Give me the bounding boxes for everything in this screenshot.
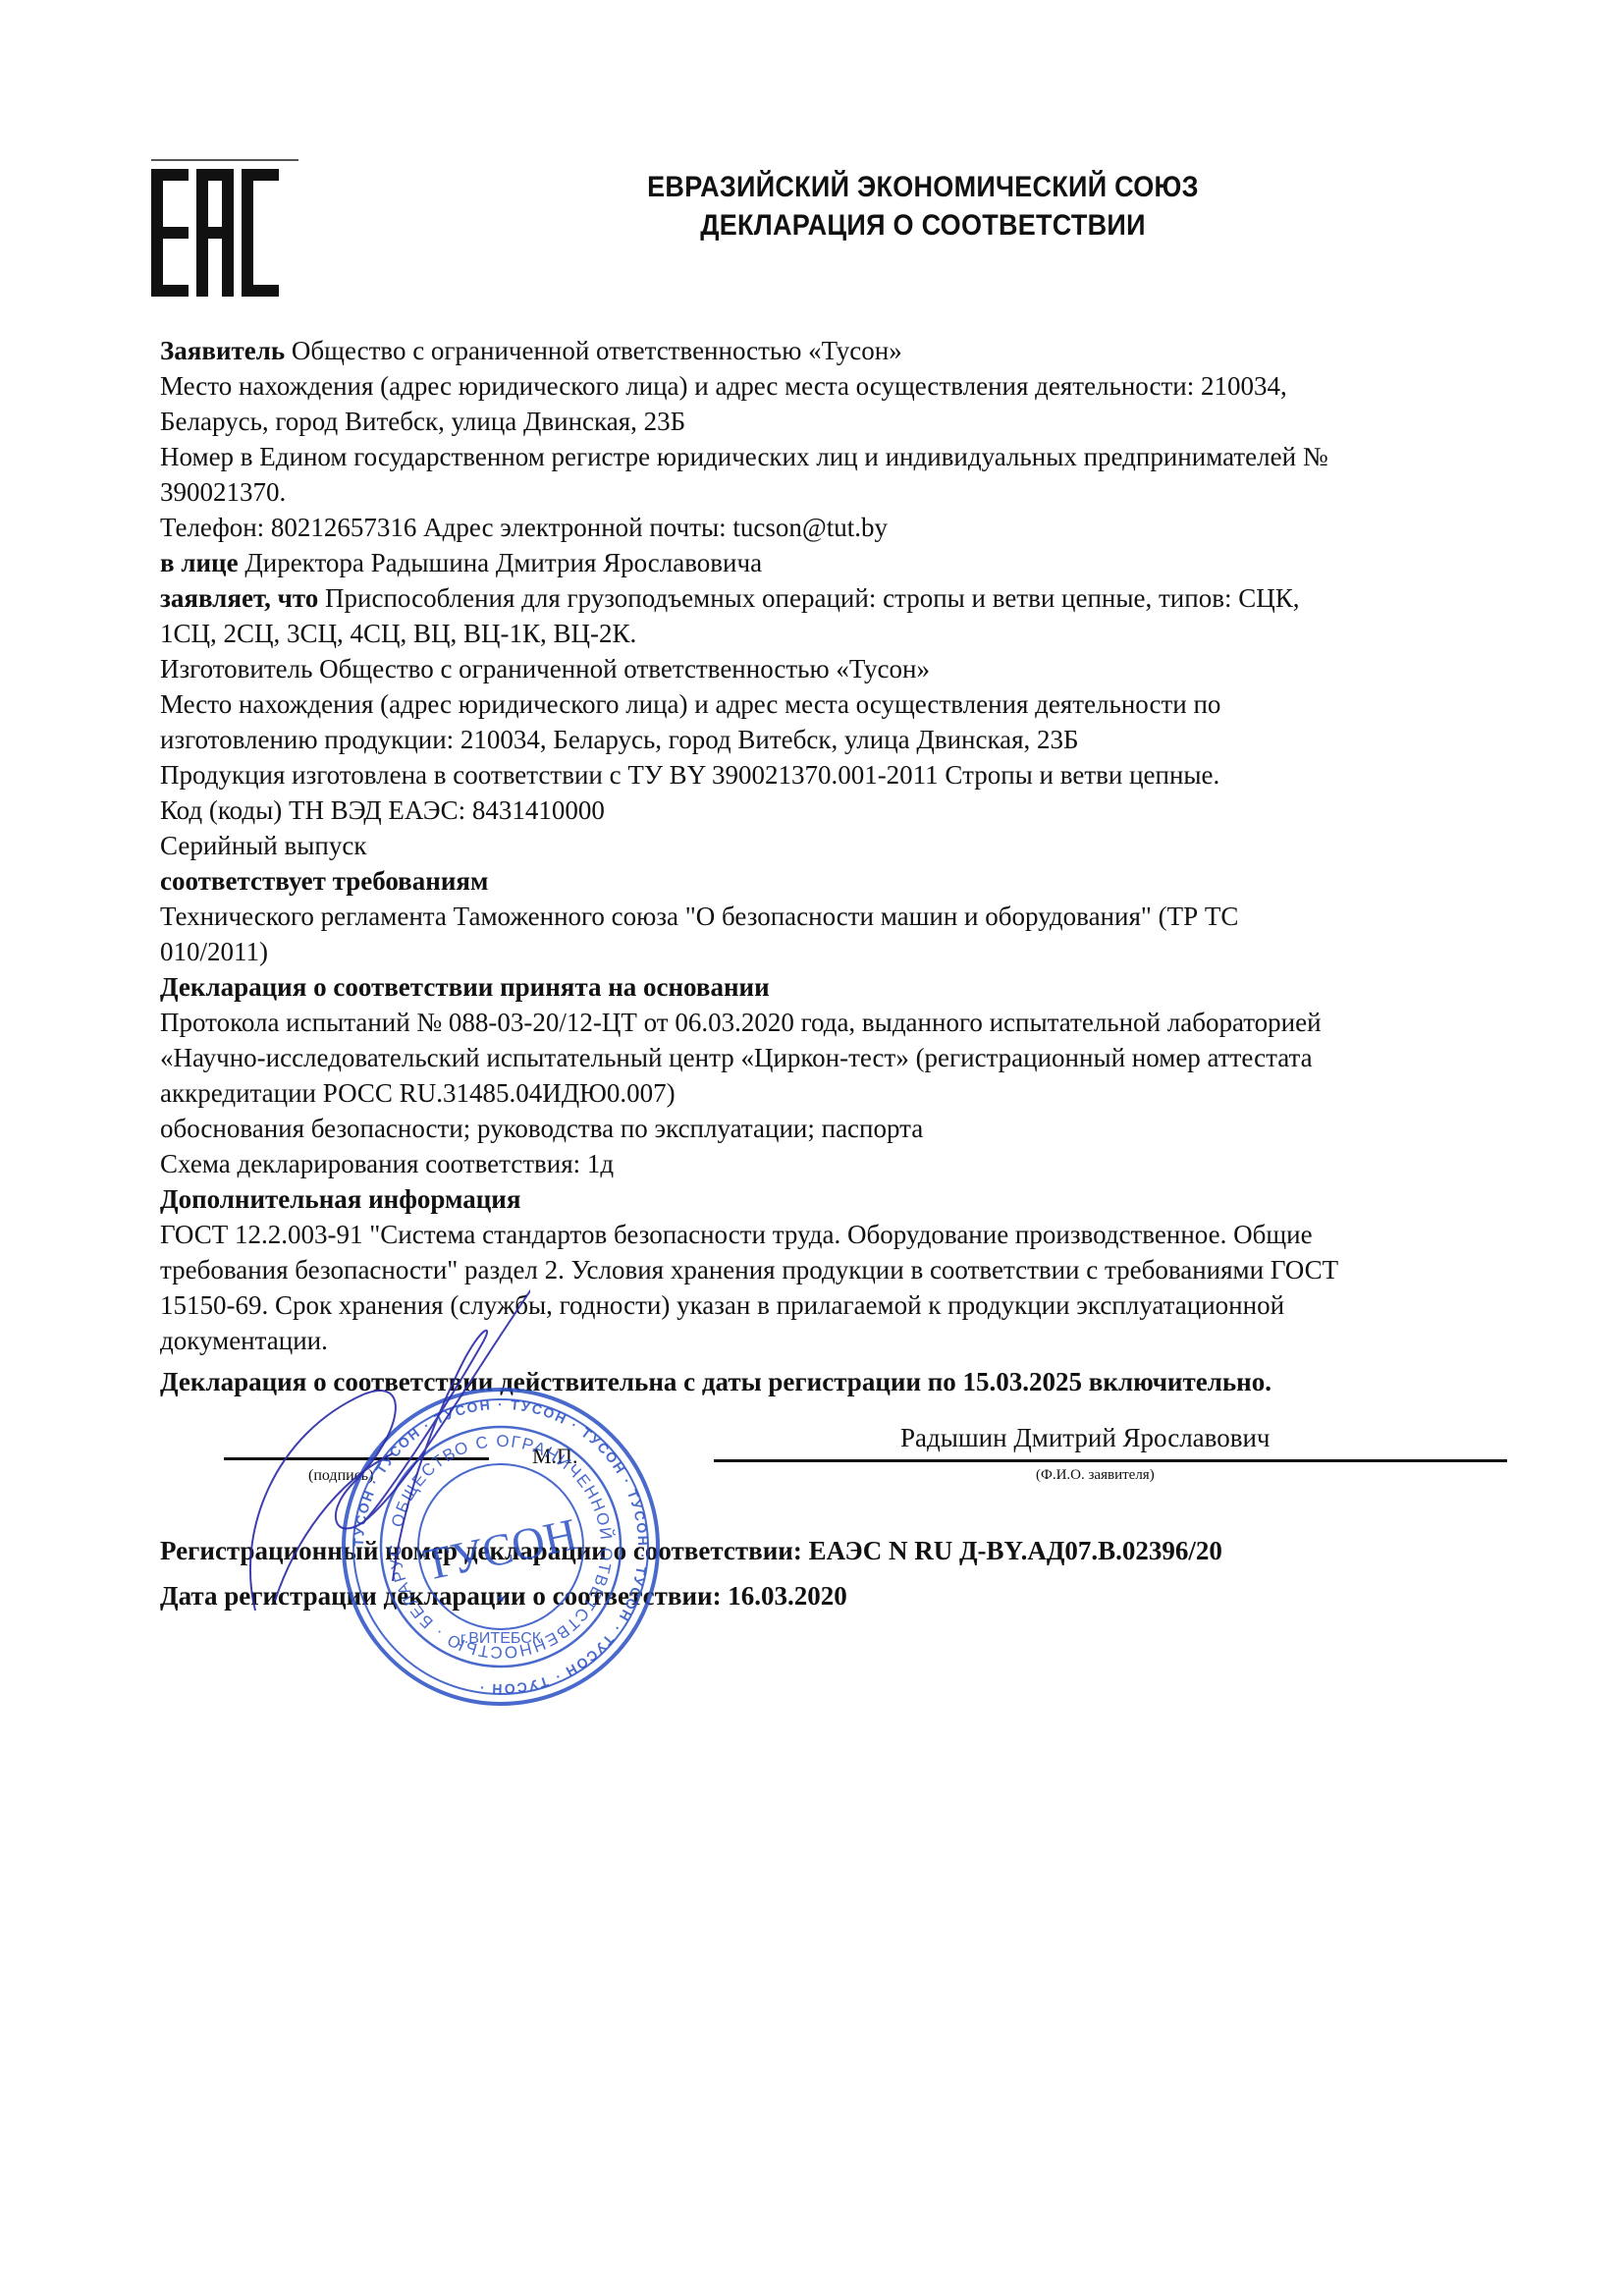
applicant-name: Общество с ограниченной ответственностью… [285, 336, 902, 365]
compliance-label: соответствует требованиям [160, 865, 488, 897]
declares-line-1: заявляет, что Приспособления для грузопо… [160, 582, 1299, 614]
release-type: Серийный выпуск [160, 830, 366, 861]
additional-line-1: ГОСТ 12.2.003-91 "Система стандартов без… [160, 1219, 1313, 1250]
signature-line [224, 1457, 489, 1460]
basis-line-3: аккредитации РОСС RU.31485.04ИДЮ0.007) [160, 1077, 676, 1109]
represented-line: в лице Директора Радышина Дмитрия Яросла… [160, 547, 762, 578]
contacts-line: Телефон: 80212657316 Адрес электронной п… [160, 512, 888, 543]
letter-c-icon [242, 169, 279, 297]
svg-text:г.ВИТЕБСК: г.ВИТЕБСК [460, 1630, 542, 1647]
applicant-line: Заявитель Общество с ограниченной ответс… [160, 335, 902, 366]
compliance-text-1: Технического регламента Таможенного союз… [160, 901, 1238, 932]
applicant-label: Заявитель [160, 336, 285, 365]
manufacturer-line: Изготовитель Общество с ограниченной отв… [160, 653, 930, 684]
represented-label: в лице [160, 548, 239, 577]
declares-label: заявляет, что [160, 583, 318, 613]
additional-line-4: документации. [160, 1325, 328, 1356]
register-line-2: 390021370. [160, 476, 286, 508]
basis-line-4: обоснования безопасности; руководства по… [160, 1113, 923, 1144]
signer-name-line [714, 1459, 1507, 1462]
additional-line-2: требования безопасности" раздел 2. Услов… [160, 1254, 1338, 1285]
additional-line-3: 15150-69. Срок хранения (службы, годност… [160, 1289, 1284, 1321]
eac-mark-icon [151, 169, 298, 297]
signer-caption: (Ф.И.О. заявителя) [1036, 1467, 1155, 1484]
basis-line-2: «Научно-исследовательский испытательный … [160, 1042, 1313, 1073]
register-line-1: Номер в Едином государственном регистре … [160, 441, 1328, 472]
registration-date: Дата регистрации декларации о соответств… [160, 1580, 847, 1612]
hs-code: Код (коды) ТН ВЭД ЕАЭС: 8431410000 [160, 794, 605, 826]
basis-label: Декларация о соответствии принята на осн… [160, 971, 770, 1003]
signer-name: Радышин Дмитрий Ярославович [900, 1422, 1271, 1453]
compliance-text-2: 010/2011) [160, 936, 268, 967]
union-title: ЕВРАЗИЙСКИЙ ЭКОНОМИЧЕСКИЙ СОЮЗ [587, 171, 1259, 204]
applicant-address-1: Место нахождения (адрес юридического лиц… [160, 370, 1287, 402]
basis-line-1: Протокола испытаний № 088-03-20/12-ЦТ от… [160, 1007, 1322, 1038]
signature-caption: (подпись) [308, 1467, 373, 1485]
letter-a-icon [196, 169, 234, 297]
applicant-address-2: Беларусь, город Витебск, улица Двинская,… [160, 406, 685, 437]
additional-label: Дополнительная информация [160, 1183, 520, 1215]
manufacturer-address-2: изготовлению продукции: 210034, Беларусь… [160, 724, 1079, 755]
eac-logo [151, 159, 298, 297]
product-description: Приспособления для грузоподъемных операц… [318, 583, 1299, 613]
manufacturer-address-1: Место нахождения (адрес юридического лиц… [160, 688, 1220, 720]
svg-text:ОБЩЕСТВО С ОГРАНИЧЕННОЙ ОТВЕТС: ОБЩЕСТВО С ОГРАНИЧЕННОЙ ОТВЕТСТВЕННОСТЬЮ… [334, 1380, 616, 1662]
document-title: ДЕКЛАРАЦИЯ О СООТВЕТСТВИИ [587, 209, 1259, 243]
registration-number: Регистрационный номер декларации о соотв… [160, 1535, 1222, 1566]
represented-by: Директора Радышина Дмитрия Ярославовича [239, 548, 763, 577]
seal-mark: М.П. [532, 1444, 577, 1469]
logo-rule [151, 159, 298, 161]
validity-statement: Декларация о соответствии действительна … [160, 1366, 1271, 1397]
declares-line-2: 1СЦ, 2СЦ, 3СЦ, 4СЦ, ВЦ, ВЦ-1К, ВЦ-2К. [160, 618, 636, 649]
product-standard: Продукция изготовлена в соответствии с Т… [160, 759, 1219, 791]
declaration-scheme: Схема декларирования соответствия: 1д [160, 1148, 614, 1179]
letter-e-icon [151, 169, 189, 297]
